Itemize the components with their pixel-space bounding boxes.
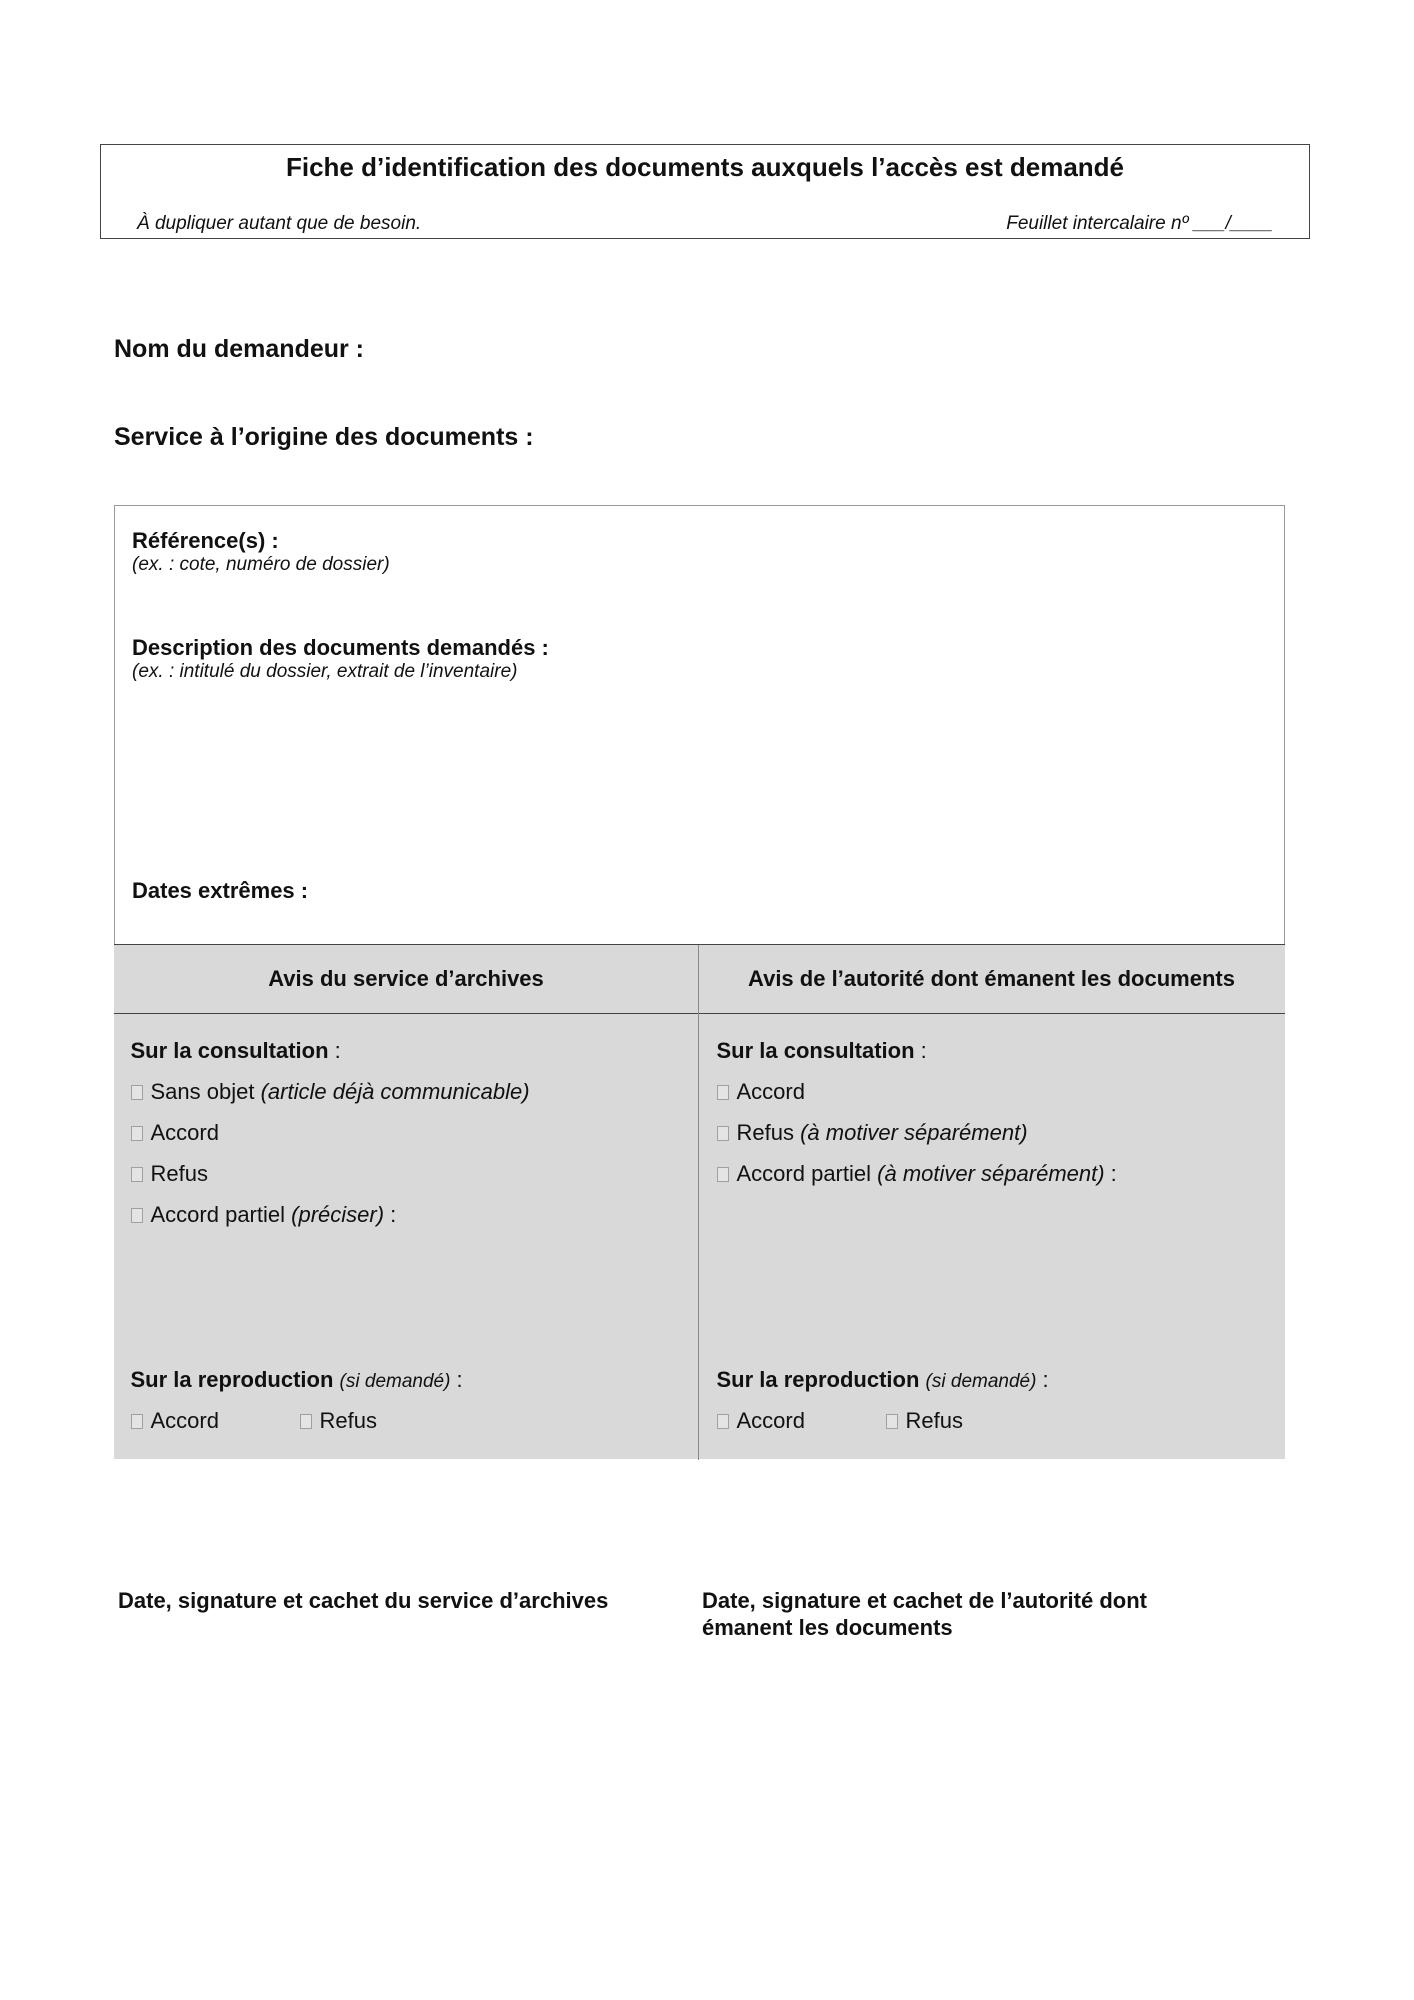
archives-reproduction-accord[interactable]: Accord xyxy=(131,1407,219,1435)
archives-signature-label[interactable]: Date, signature et cachet du service d’a… xyxy=(118,1587,608,1614)
archives-opinion-heading: Avis du service d’archives xyxy=(114,945,699,1014)
dates-label[interactable]: Dates extrêmes : xyxy=(132,878,308,904)
archives-consultation-label: Sur la consultation : xyxy=(131,1037,341,1065)
references-hint: (ex. : cote, numéro de dossier) xyxy=(132,554,390,576)
checkbox-icon[interactable] xyxy=(717,1414,729,1429)
references-label[interactable]: Référence(s) : xyxy=(132,528,279,554)
authority-reproduction-refus[interactable]: Refus xyxy=(886,1407,963,1435)
checkbox-icon[interactable] xyxy=(131,1414,143,1429)
checkbox-icon[interactable] xyxy=(300,1414,312,1429)
archives-consultation-option[interactable]: Refus xyxy=(131,1160,208,1188)
checkbox-icon[interactable] xyxy=(717,1126,729,1141)
description-label[interactable]: Description des documents demandés : xyxy=(132,635,549,661)
documents-identification-table: Référence(s) : (ex. : cote, numéro de do… xyxy=(114,505,1285,1459)
duplicate-note: À dupliquer autant que de besoin. xyxy=(137,213,421,235)
authority-opinion-heading: Avis de l’autorité dont émanent les docu… xyxy=(699,945,1285,1014)
checkbox-icon[interactable] xyxy=(131,1167,143,1182)
checkbox-icon[interactable] xyxy=(717,1085,729,1100)
archives-consultation-option[interactable]: Accord partiel (préciser) : xyxy=(131,1201,397,1229)
authority-consultation-option[interactable]: Accord xyxy=(717,1078,805,1106)
authority-opinion-panel: Sur la consultation : Accord Refus (à mo… xyxy=(700,1014,1284,1458)
checkbox-icon[interactable] xyxy=(131,1126,143,1141)
checkbox-icon[interactable] xyxy=(717,1167,729,1182)
archives-opinion-panel: Sur la consultation : Sans objet (articl… xyxy=(114,1014,699,1458)
form-header: Fiche d’identification des documents aux… xyxy=(100,144,1310,239)
description-hint: (ex. : intitulé du dossier, extrait de l… xyxy=(132,661,517,683)
authority-signature-label[interactable]: Date, signature et cachet de l’autorité … xyxy=(702,1587,1147,1641)
authority-consultation-option[interactable]: Refus (à motiver séparément) xyxy=(717,1119,1028,1147)
authority-reproduction-accord[interactable]: Accord xyxy=(717,1407,805,1435)
checkbox-icon[interactable] xyxy=(131,1208,143,1223)
checkbox-icon[interactable] xyxy=(886,1414,898,1429)
archives-consultation-option[interactable]: Accord xyxy=(131,1119,219,1147)
authority-consultation-label: Sur la consultation : xyxy=(717,1037,927,1065)
archives-reproduction-label: Sur la reproduction (si demandé) : xyxy=(131,1366,463,1396)
requester-name-field[interactable]: Nom du demandeur : xyxy=(114,334,364,364)
checkbox-icon[interactable] xyxy=(131,1085,143,1100)
archives-consultation-option[interactable]: Sans objet (article déjà communicable) xyxy=(131,1078,530,1106)
authority-consultation-option[interactable]: Accord partiel (à motiver séparément) : xyxy=(717,1160,1117,1188)
authority-reproduction-label: Sur la reproduction (si demandé) : xyxy=(717,1366,1049,1396)
archives-reproduction-refus[interactable]: Refus xyxy=(300,1407,377,1435)
opinions-grid: Avis du service d’archives Avis de l’aut… xyxy=(114,944,1285,1459)
origin-service-field[interactable]: Service à l’origine des documents : xyxy=(114,422,534,452)
sheet-number[interactable]: Feuillet intercalaire nº ___/____ xyxy=(1006,213,1273,235)
page-title: Fiche d’identification des documents aux… xyxy=(101,151,1309,183)
